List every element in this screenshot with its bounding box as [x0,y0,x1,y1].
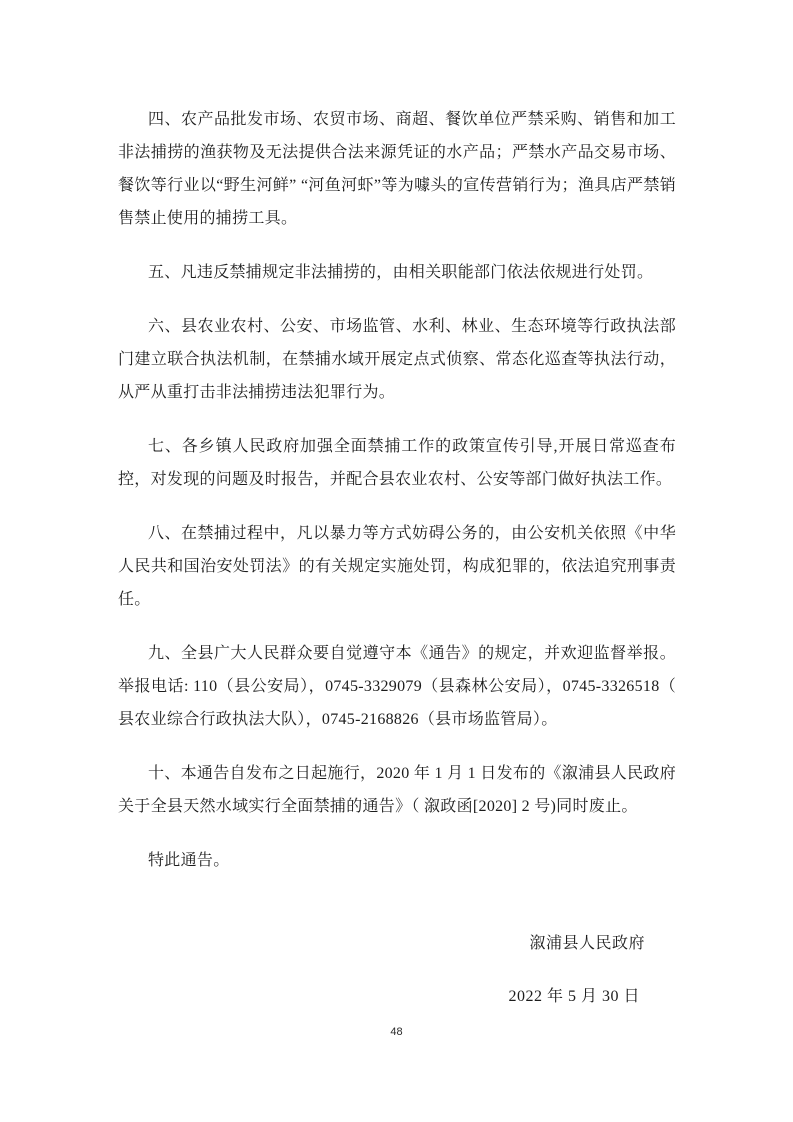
signature-date: 2022 年 5 月 30 日 [118,980,676,1013]
paragraph-item-4: 四、农产品批发市场、农贸市场、商超、餐饮单位严禁采购、销售和加工非法捕捞的渔获物… [118,103,676,235]
paragraph-item-7: 七、各乡镇人民政府加强全面禁捕工作的政策宣传引导,开展日常巡查布控，对发现的问题… [118,430,676,496]
signature-issuer: 溆浦县人民政府 [118,927,676,960]
signature-block: 溆浦县人民政府 2022 年 5 月 30 日 [118,927,676,1013]
paragraph-item-5: 五、凡违反禁捕规定非法捕捞的，由相关职能部门依法依规进行处罚。 [118,256,676,289]
document-body: 四、农产品批发市场、农贸市场、商超、餐饮单位严禁采购、销售和加工非法捕捞的渔获物… [118,103,676,1013]
paragraph-item-6: 六、县农业农村、公安、市场监管、水利、林业、生态环境等行政执法部门建立联合执法机… [118,310,676,409]
paragraph-item-10: 十、本通告自发布之日起施行，2020 年 1 月 1 日发布的《溆浦县人民政府关… [118,757,676,823]
page-number: 48 [0,1026,793,1038]
paragraph-item-9: 九、全县广大人民群众要自觉遵守本《通告》的规定，并欢迎监督举报。举报电话: 11… [118,637,676,736]
paragraph-item-8: 八、在禁捕过程中，凡以暴力等方式妨碍公务的，由公安机关依照《中华人民共和国治安处… [118,517,676,616]
document-page: 四、农产品批发市场、农贸市场、商超、餐饮单位严禁采购、销售和加工非法捕捞的渔获物… [0,0,793,1122]
closing-statement: 特此通告。 [118,844,676,877]
